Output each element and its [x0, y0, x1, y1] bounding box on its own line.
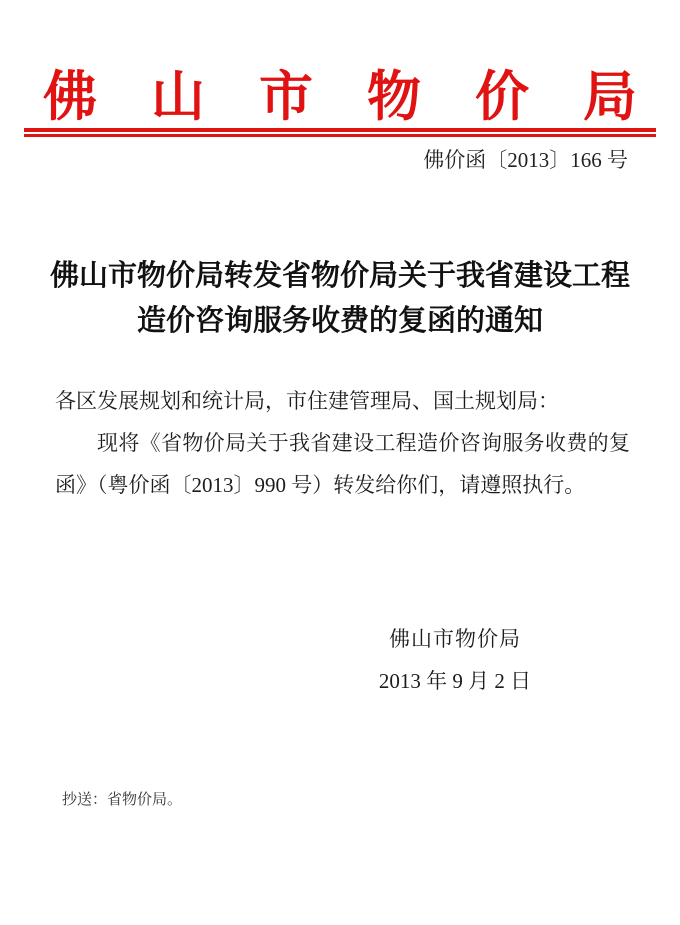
signature-agency-name: 佛山市物价局 — [230, 618, 680, 660]
signature-block: 佛山市物价局 2013 年 9 月 2 日 — [230, 618, 680, 702]
body-paragraph: 现将《省物价局关于我省建设工程造价咨询服务收费的复函》（粤价函〔2013〕990… — [55, 422, 630, 506]
document-title: 佛山市物价局转发省物价局关于我省建设工程 造价咨询服务收费的复函的通知 — [0, 254, 680, 344]
document-reference-number: 佛价函〔2013〕166 号 — [0, 147, 628, 174]
letterhead-agency-name: 佛 山 市 物 价 局 — [24, 0, 656, 126]
document-title-line-2: 造价咨询服务收费的复函的通知 — [0, 299, 680, 344]
signature-date: 2013 年 9 月 2 日 — [230, 660, 680, 702]
cc-distribution-line: 抄送：省物价局。 — [62, 790, 680, 810]
document-body: 各区发展规划和统计局，市住建管理局、国土规划局： 现将《省物价局关于我省建设工程… — [55, 380, 630, 506]
letterhead-separator-line — [24, 128, 656, 137]
salutation-line: 各区发展规划和统计局，市住建管理局、国土规划局： — [55, 380, 630, 422]
official-document-page: 佛 山 市 物 价 局 佛价函〔2013〕166 号 佛山市物价局转发省物价局关… — [0, 0, 680, 925]
document-title-line-1: 佛山市物价局转发省物价局关于我省建设工程 — [0, 254, 680, 299]
